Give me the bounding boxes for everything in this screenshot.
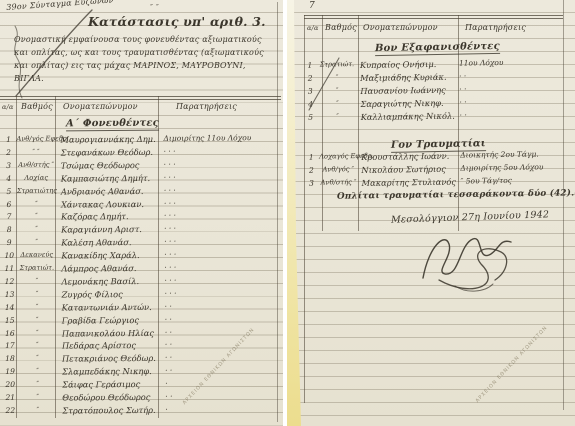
table-row: 9″Καλέση Αθανάσ.· · ·: [0, 236, 283, 250]
row-rem: · ·: [165, 339, 277, 349]
row-num: 6: [2, 199, 16, 208]
row-rem: ·: [165, 378, 277, 388]
row-num: 13: [3, 290, 17, 299]
table-row: 21″Θεοδώρου Θεόδωρος· ·: [1, 391, 284, 405]
row-num: 7: [2, 212, 16, 221]
row-rem: · ·: [165, 314, 277, 324]
row-rank: Ανθ/στής ″: [17, 160, 56, 168]
row-name: Καραγιάννη Αριστ.: [61, 224, 161, 235]
row-rank: Στρατιώτης: [17, 186, 56, 194]
table-row: 3Ανθ/στής ″Τσώμας Θεόδωρος· · ·: [0, 159, 283, 173]
row-num: 14: [3, 303, 17, 312]
row-num: 5: [2, 186, 16, 195]
table-row: 19″Σλαμπεδάκης Νικηφ.· ·: [1, 365, 284, 379]
table-row: 22″Στρατόπουλος Σωτήρ.·: [1, 404, 284, 418]
row-name: Πεδάρας Αρίστος: [62, 340, 162, 351]
row-rem: · ·: [165, 391, 277, 401]
row-rank: Λοχαγός Εφεδρ.: [319, 152, 357, 161]
row-rank: Ανθ/στής ″: [320, 178, 358, 187]
table-row: 6″Χάντακας Λουκιαν.· · ·: [0, 198, 283, 212]
row-name: Θεοδώρου Θεόδωρος: [62, 392, 162, 403]
row-name: Καλέση Αθανάσ.: [61, 237, 161, 248]
row-name: Σάιφας Γεράσιμος: [62, 379, 162, 390]
row-rank: ″: [18, 380, 57, 388]
row-rem: · ·: [165, 301, 277, 311]
row-num: 21: [3, 393, 17, 402]
row-name: Γραβίδα Γεώργιος: [62, 314, 162, 325]
row-name: Κρουστάλλης Ιωάνν.: [361, 151, 459, 162]
row-num: 20: [3, 380, 17, 389]
row-name: Καταντωνιάν Αντών.: [62, 302, 162, 313]
row-rank: ″: [18, 341, 57, 349]
row-rank: ″: [18, 354, 57, 362]
row-rank: ″: [18, 405, 57, 413]
row-rank: ″: [18, 289, 57, 297]
row-rank: ″: [18, 302, 57, 310]
row-name: Πετακριάνος Θεόδωρ.: [62, 353, 162, 364]
row-name: Μακαρίτης Στυλιανός: [362, 177, 460, 188]
row-name: Ανδριανός Αθανάσ.: [61, 185, 161, 196]
row-num: 8: [2, 225, 16, 234]
row-rank: ″: [18, 328, 57, 336]
row-rem: · · ·: [164, 223, 276, 233]
row-name: Καμπασιώτης Δημήτ.: [61, 173, 161, 184]
casualty-rows-section-a: 1Ανθ/γός Εφεδρ.Μαυρογιαννάκης Δημ.Διμοιρ…: [0, 0, 284, 426]
row-rem: ·: [165, 404, 277, 414]
row-name: Λεμονάκης Βασίλ.: [61, 276, 161, 287]
row-rank: Ανθ/γός ″: [319, 165, 357, 174]
row-num: 10: [2, 251, 16, 260]
row-name: Μαυρογιαννάκης Δημ.: [60, 134, 160, 145]
row-rank: ″: [17, 238, 56, 246]
row-rank: ″: [18, 393, 57, 401]
row-rem: · · ·: [164, 236, 276, 246]
row-rem: · · ·: [164, 159, 276, 169]
row-rank: ″: [17, 276, 56, 284]
row-num: 1: [1, 135, 15, 144]
row-num: 22: [3, 406, 17, 415]
row-rank: Δεκανεύς: [17, 251, 56, 259]
row-rem: Διοικητής 2ου Τάγμ.: [460, 149, 562, 159]
row-num: 17: [3, 341, 17, 350]
ledger-page-left: 39ον Σύνταγμα Ευζώνων ″ ″ Κατάστασις υπ'…: [0, 0, 283, 426]
row-rem: · ·: [165, 327, 277, 337]
row-num: 15: [3, 315, 17, 324]
row-num: 4: [2, 174, 16, 183]
row-name: Λάμπρος Αθανάσ.: [61, 263, 161, 274]
table-row: 5ΣτρατιώτηςΑνδριανός Αθανάσ.· · ·: [0, 185, 283, 199]
row-name: Νικολάου Σωτήριος: [361, 164, 459, 175]
row-num: 3: [305, 179, 319, 188]
row-name: Τσώμας Θεόδωρος: [61, 160, 161, 171]
row-rem: · · ·: [164, 172, 276, 182]
row-num: 2: [2, 148, 16, 157]
table-row: 10ΔεκανεύςΚανακίδης Χαράλ.· · ·: [0, 249, 283, 263]
row-num: 16: [3, 328, 17, 337]
table-row: 8″Καραγιάννη Αριστ.· · ·: [0, 223, 283, 237]
row-rem: · · ·: [164, 275, 276, 285]
row-name: Χάντακας Λουκιαν.: [61, 198, 161, 209]
table-row: 13″Ζυγρός Φίλιος· · ·: [1, 288, 284, 302]
row-rank: ″: [17, 225, 56, 233]
row-rank: Ανθ/γός Εφεδρ.: [16, 135, 55, 143]
row-rank: Στρατιώτ.: [17, 264, 56, 272]
row-name: Ζυγρός Φίλιος: [62, 289, 162, 300]
row-num: 3: [2, 161, 16, 170]
table-row: 14″Καταντωνιάν Αντών.· ·: [1, 301, 284, 315]
row-rank: ″ ″: [17, 147, 56, 155]
row-name: Καζόρας Δημήτ.: [61, 211, 161, 222]
row-rem: · · ·: [164, 249, 276, 259]
row-rank: ″: [17, 199, 56, 207]
row-name: Παπανικολάου Ηλίας: [62, 327, 162, 338]
table-row: 20″Σάιφας Γεράσιμος·: [1, 378, 284, 392]
row-name: Στεφανάκων Θεόδωρ.: [61, 147, 161, 158]
row-rem: · · ·: [164, 185, 276, 195]
row-num: 1: [304, 153, 318, 162]
table-row: 11Στρατιώτ.Λάμπρος Αθανάσ.· · ·: [0, 262, 283, 276]
row-name: Στρατόπουλος Σωτήρ.: [62, 405, 162, 416]
row-rem: · · ·: [164, 262, 276, 272]
row-num: 2: [304, 166, 318, 175]
row-rem: Διμοιρίτης 11ου Λόχου: [163, 133, 275, 143]
scanned-ledger-spread: 39ον Σύνταγμα Ευζώνων ″ ″ Κατάστασις υπ'…: [0, 0, 575, 426]
row-num: 19: [3, 367, 17, 376]
table-row: 12″Λεμονάκης Βασίλ.· · ·: [0, 275, 283, 289]
row-rank: ″: [18, 367, 57, 375]
row-rem: · · ·: [164, 146, 276, 156]
table-row: 4ΛοχίαςΚαμπασιώτης Δημήτ.· · ·: [0, 172, 283, 186]
row-num: 18: [3, 354, 17, 363]
row-rank: Λοχίας: [17, 173, 56, 181]
row-rem: · · ·: [164, 198, 276, 208]
table-row: 15″Γραβίδα Γεώργιος· ·: [1, 314, 284, 328]
row-rank: ″: [18, 315, 57, 323]
signature-flourish: [415, 228, 525, 298]
row-rem: · · ·: [164, 210, 276, 220]
row-rem: ″ 5ου Τάγ/τος: [460, 175, 562, 185]
table-row: 2″ ″Στεφανάκων Θεόδωρ.· · ·: [0, 146, 283, 160]
table-row: 18″Πετακριάνος Θεόδωρ.· ·: [1, 352, 284, 366]
row-num: 11: [2, 264, 16, 273]
row-name: Σλαμπεδάκης Νικηφ.: [62, 366, 162, 377]
row-num: 9: [2, 238, 16, 247]
row-rem: Διμοιρίτης 5ου Λόχου: [460, 162, 562, 172]
ledger-page-right: 7 α/α Βαθμός Ονοματεπώνυμον Παρατηρήσεις…: [287, 0, 575, 426]
row-rank: ″: [17, 212, 56, 220]
table-row: 7″Καζόρας Δημήτ.· · ·: [0, 210, 283, 224]
table-row: 1Ανθ/γός Εφεδρ.Μαυρογιαννάκης Δημ.Διμοιρ…: [0, 133, 283, 147]
row-num: 12: [2, 277, 16, 286]
row-name: Κανακίδης Χαράλ.: [61, 250, 161, 261]
row-rem: · · ·: [165, 288, 277, 298]
